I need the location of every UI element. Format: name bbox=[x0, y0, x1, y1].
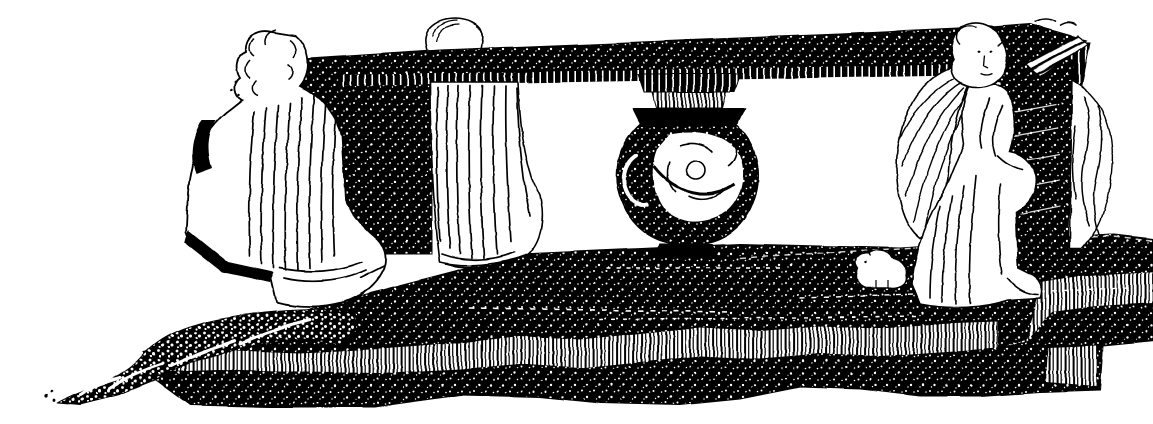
left-mourner-face-mark bbox=[235, 81, 238, 84]
monument-engraving bbox=[40, 16, 1153, 408]
rock-speck bbox=[53, 399, 56, 402]
left-mourner-face-mark bbox=[231, 89, 233, 91]
lamb-eye bbox=[865, 261, 867, 263]
angel-eye bbox=[990, 51, 993, 54]
veiled-mourner bbox=[430, 82, 542, 267]
urn-neck-ring bbox=[652, 92, 726, 108]
urn-neck-flare bbox=[632, 108, 746, 124]
engraving-figure bbox=[40, 16, 1153, 408]
base-lower-step-face bbox=[1046, 346, 1098, 386]
angel-eye bbox=[978, 51, 981, 54]
urn bbox=[606, 74, 780, 268]
pier-side-drapery bbox=[1070, 80, 1112, 248]
rock-speck bbox=[44, 394, 47, 397]
left-mourner-face-mark bbox=[238, 94, 240, 96]
urn-foot bbox=[652, 244, 720, 258]
slab-top-sprigs bbox=[1035, 19, 1076, 26]
urn-neck-ring bbox=[638, 74, 740, 92]
